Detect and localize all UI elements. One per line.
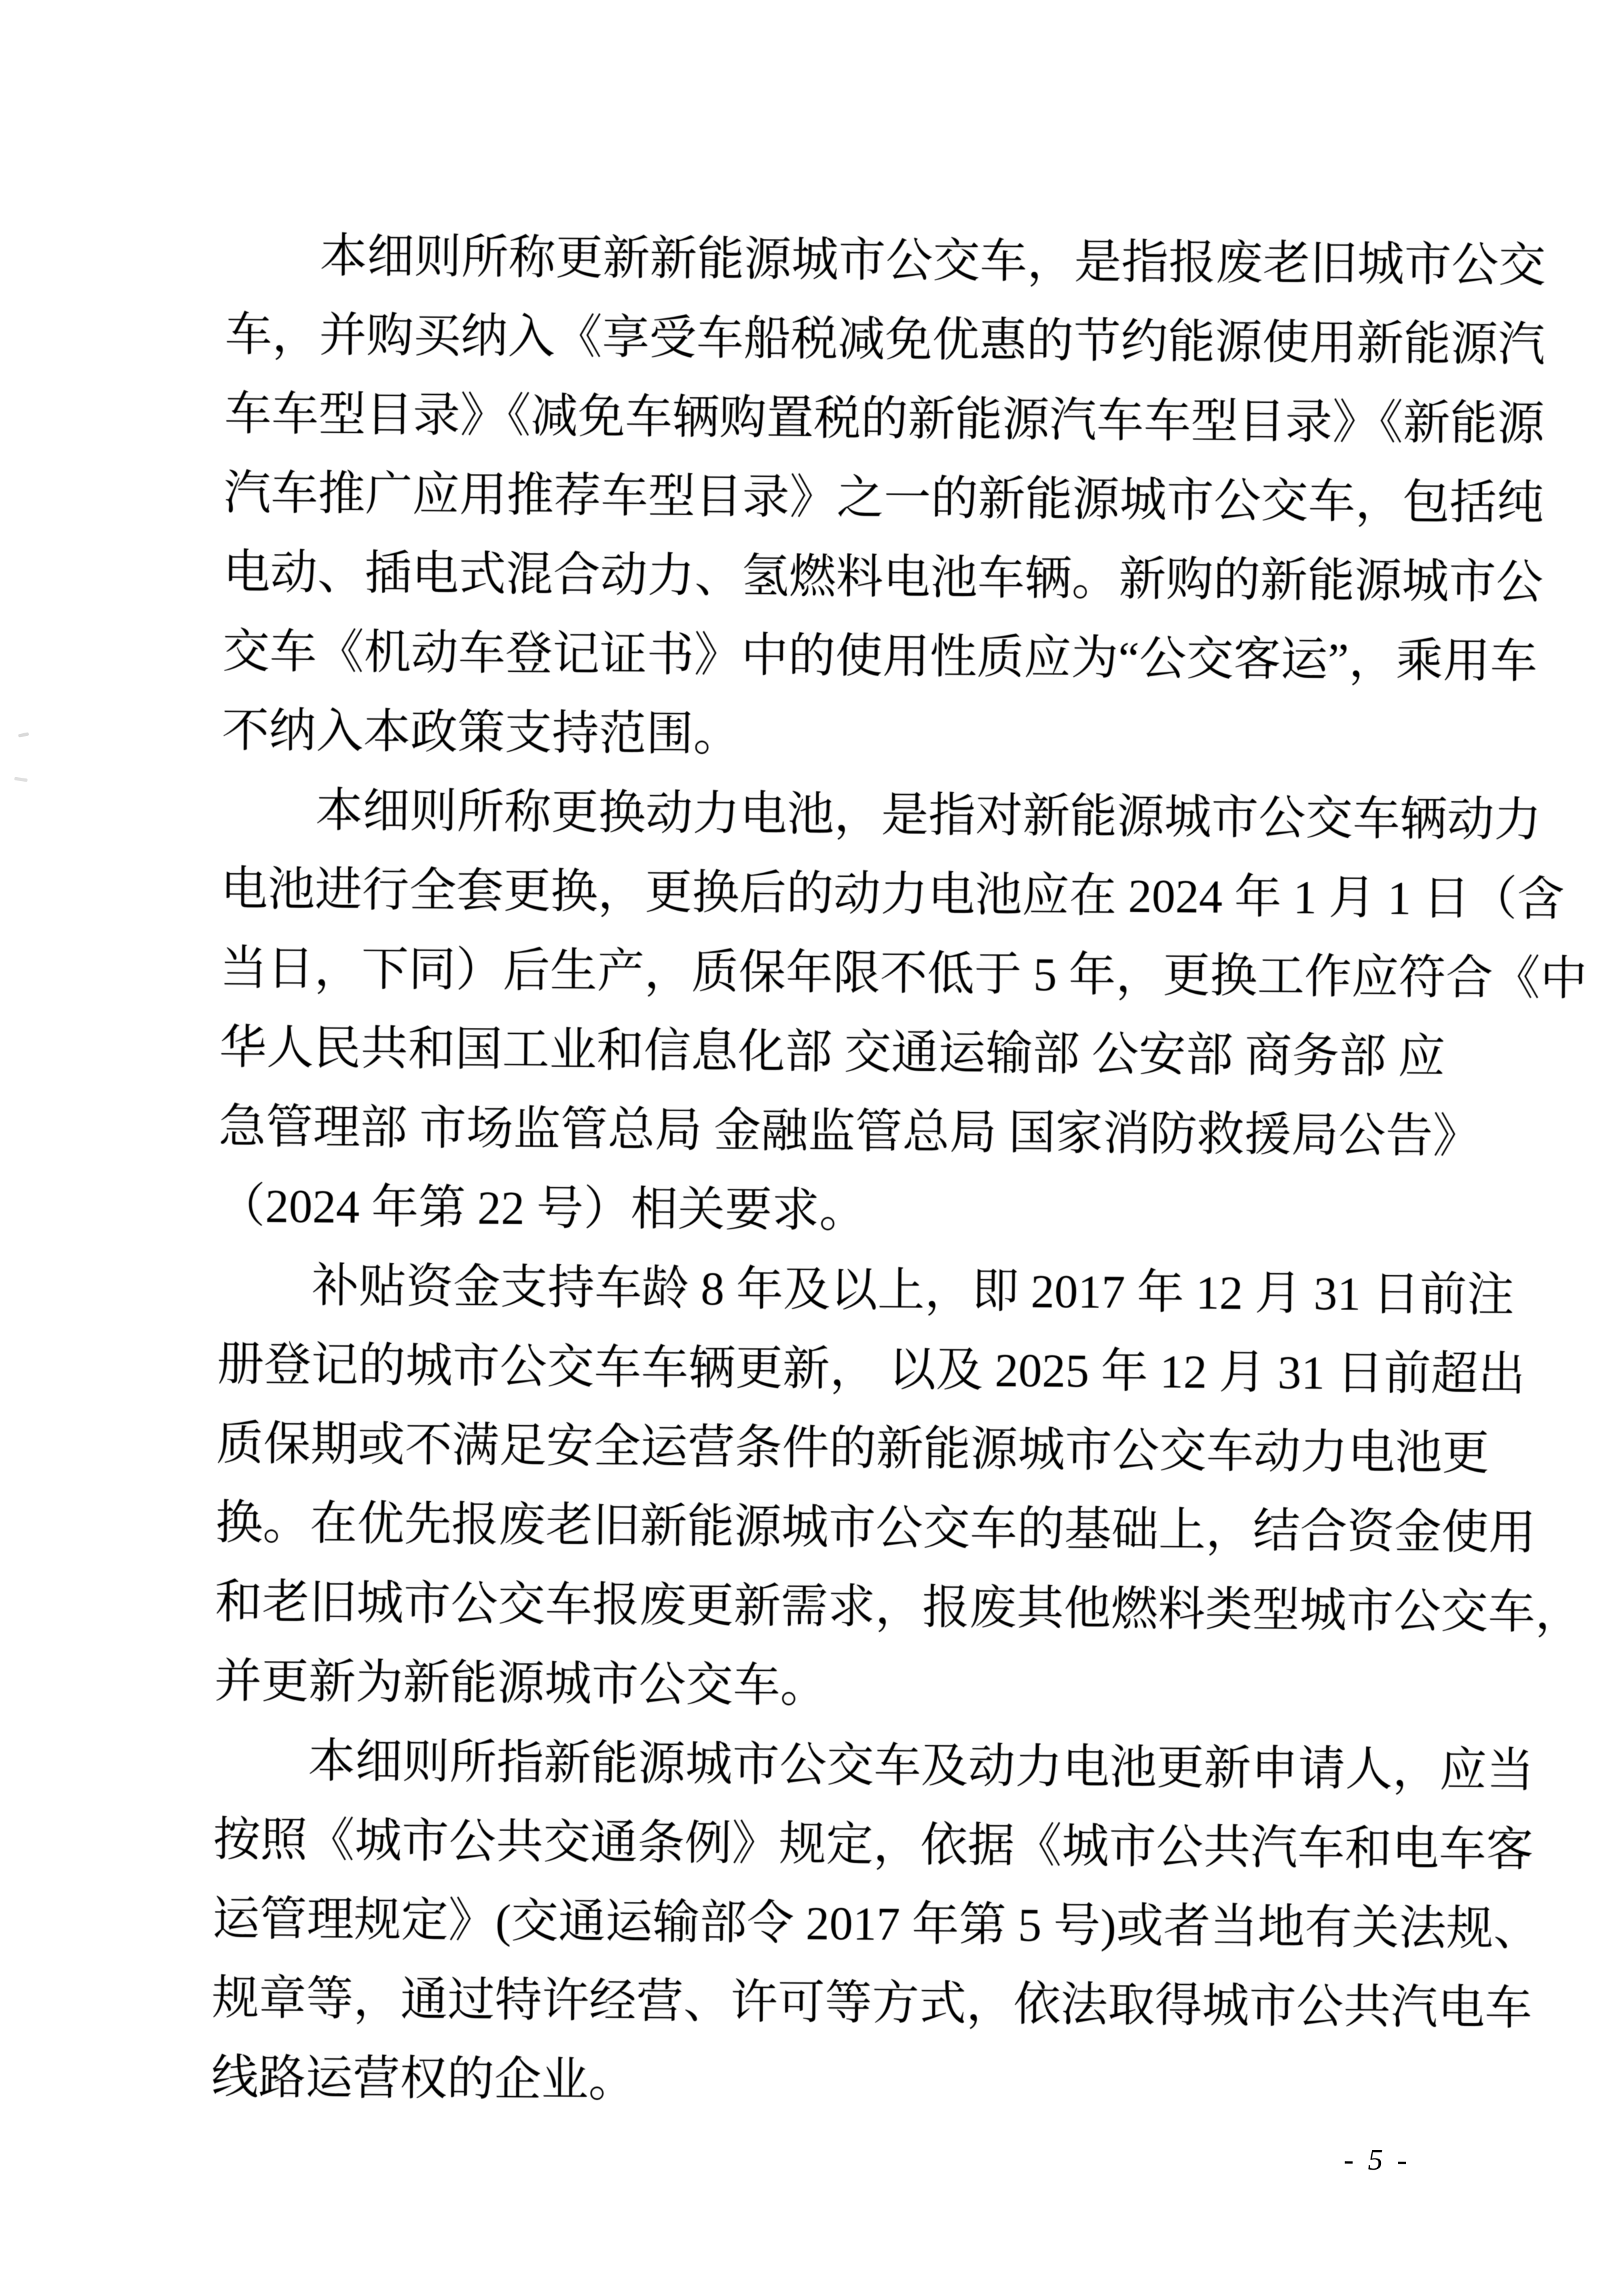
paragraph: 本细则所指新能源城市公交车及动力电池更新申请人，应当 按照《城市公共交通条例》规… (211, 1721, 1543, 2128)
text-line: 不纳入本政策支持范围。 (221, 691, 1551, 781)
text-line: 本细则所称更换动力电池，是指对新能源城市公交车辆动力 (221, 771, 1551, 860)
text-line: 册登记的城市公交车车辆更新， 以及 2025 年 12 月 31 日前超出 (217, 1325, 1547, 1415)
text-line: 按照《城市公共交通条例》规定，依据《城市公共汽车和电车客 (213, 1800, 1543, 1890)
paragraph: 本细则所称更新新能源城市公交车，是指报废老旧城市公交 车，并购买纳入《享受车船税… (221, 216, 1555, 781)
text-line: （2024 年第 22 号）相关要求。 (218, 1167, 1548, 1256)
document-body: 本细则所称更新新能源城市公交车，是指报废老旧城市公交 车，并购买纳入《享受车船税… (211, 216, 1555, 2128)
text-line: 和老旧城市公交车报废更新需求，报废其他燃料类型城市公交车， (215, 1563, 1545, 1652)
text-line: 运管理规定》(交通运输部令 2017 年第 5 号)或者当地有关法规、 (212, 1880, 1542, 1969)
text-line: 本细则所称更新新能源城市公交车，是指报废老旧城市公交 (225, 216, 1555, 306)
text-line: 补贴资金支持车龄 8 年及以上，即 2017 年 12 月 31 日前注 (217, 1246, 1547, 1336)
text-line: 交车《机动车登记证书》中的使用性质应为“公交客运”，乘用车 (222, 612, 1552, 702)
text-line: 电动、插电式混合动力、氢燃料电池车辆。新购的新能源城市公 (223, 533, 1553, 623)
text-line: 车，并购买纳入《享受车船税减免优惠的节约能源使用新能源汽 (225, 295, 1555, 385)
text-line: 当日，下同）后生产，质保年限不低于 5 年，更换工作应符合《中 (219, 929, 1549, 1019)
text-line: 并更新为新能源城市公交车。 (214, 1642, 1544, 1732)
scan-artifact (14, 777, 28, 782)
paragraph: 补贴资金支持车龄 8 年及以上，即 2017 年 12 月 31 日前注 册登记… (214, 1246, 1547, 1732)
scan-artifact (18, 732, 29, 737)
text-line: 本细则所指新能源城市公交车及动力电池更新申请人，应当 (213, 1721, 1543, 1811)
text-line: 规章等，通过特许经营、许可等方式，依法取得城市公共汽电车 (212, 1959, 1541, 2049)
text-line: 急管理部 市场监管总局 金融监管总局 国家消防救援局公告》 (219, 1087, 1549, 1177)
page-number: - 5 - (1344, 2142, 1411, 2178)
text-line: 质保期或不满足安全运营条件的新能源城市公交车动力电池更 (216, 1404, 1546, 1494)
text-line: 汽车推广应用推荐车型目录》之一的新能源城市公交车，包括纯 (223, 454, 1553, 543)
paragraph: 本细则所称更换动力电池，是指对新能源城市公交车辆动力 电池进行全套更换，更换后的… (218, 771, 1551, 1256)
text-line: 换。在优先报废老旧新能源城市公交车的基础上，结合资金使用 (215, 1484, 1545, 1573)
document-page: 本细则所称更新新能源城市公交车，是指报废老旧城市公交 车，并购买纳入《享受车船税… (0, 0, 1624, 2296)
text-line: 线路运营权的企业。 (211, 2038, 1541, 2128)
text-line: 车车型目录》《减免车辆购置税的新能源汽车车型目录》《新能源 (224, 374, 1554, 464)
text-line: 电池进行全套更换，更换后的动力电池应在 2024 年 1 月 1 日（含 (220, 850, 1550, 939)
text-line: 华人民共和国工业和信息化部 交通运输部 公安部 商务部 应 (219, 1008, 1549, 1098)
